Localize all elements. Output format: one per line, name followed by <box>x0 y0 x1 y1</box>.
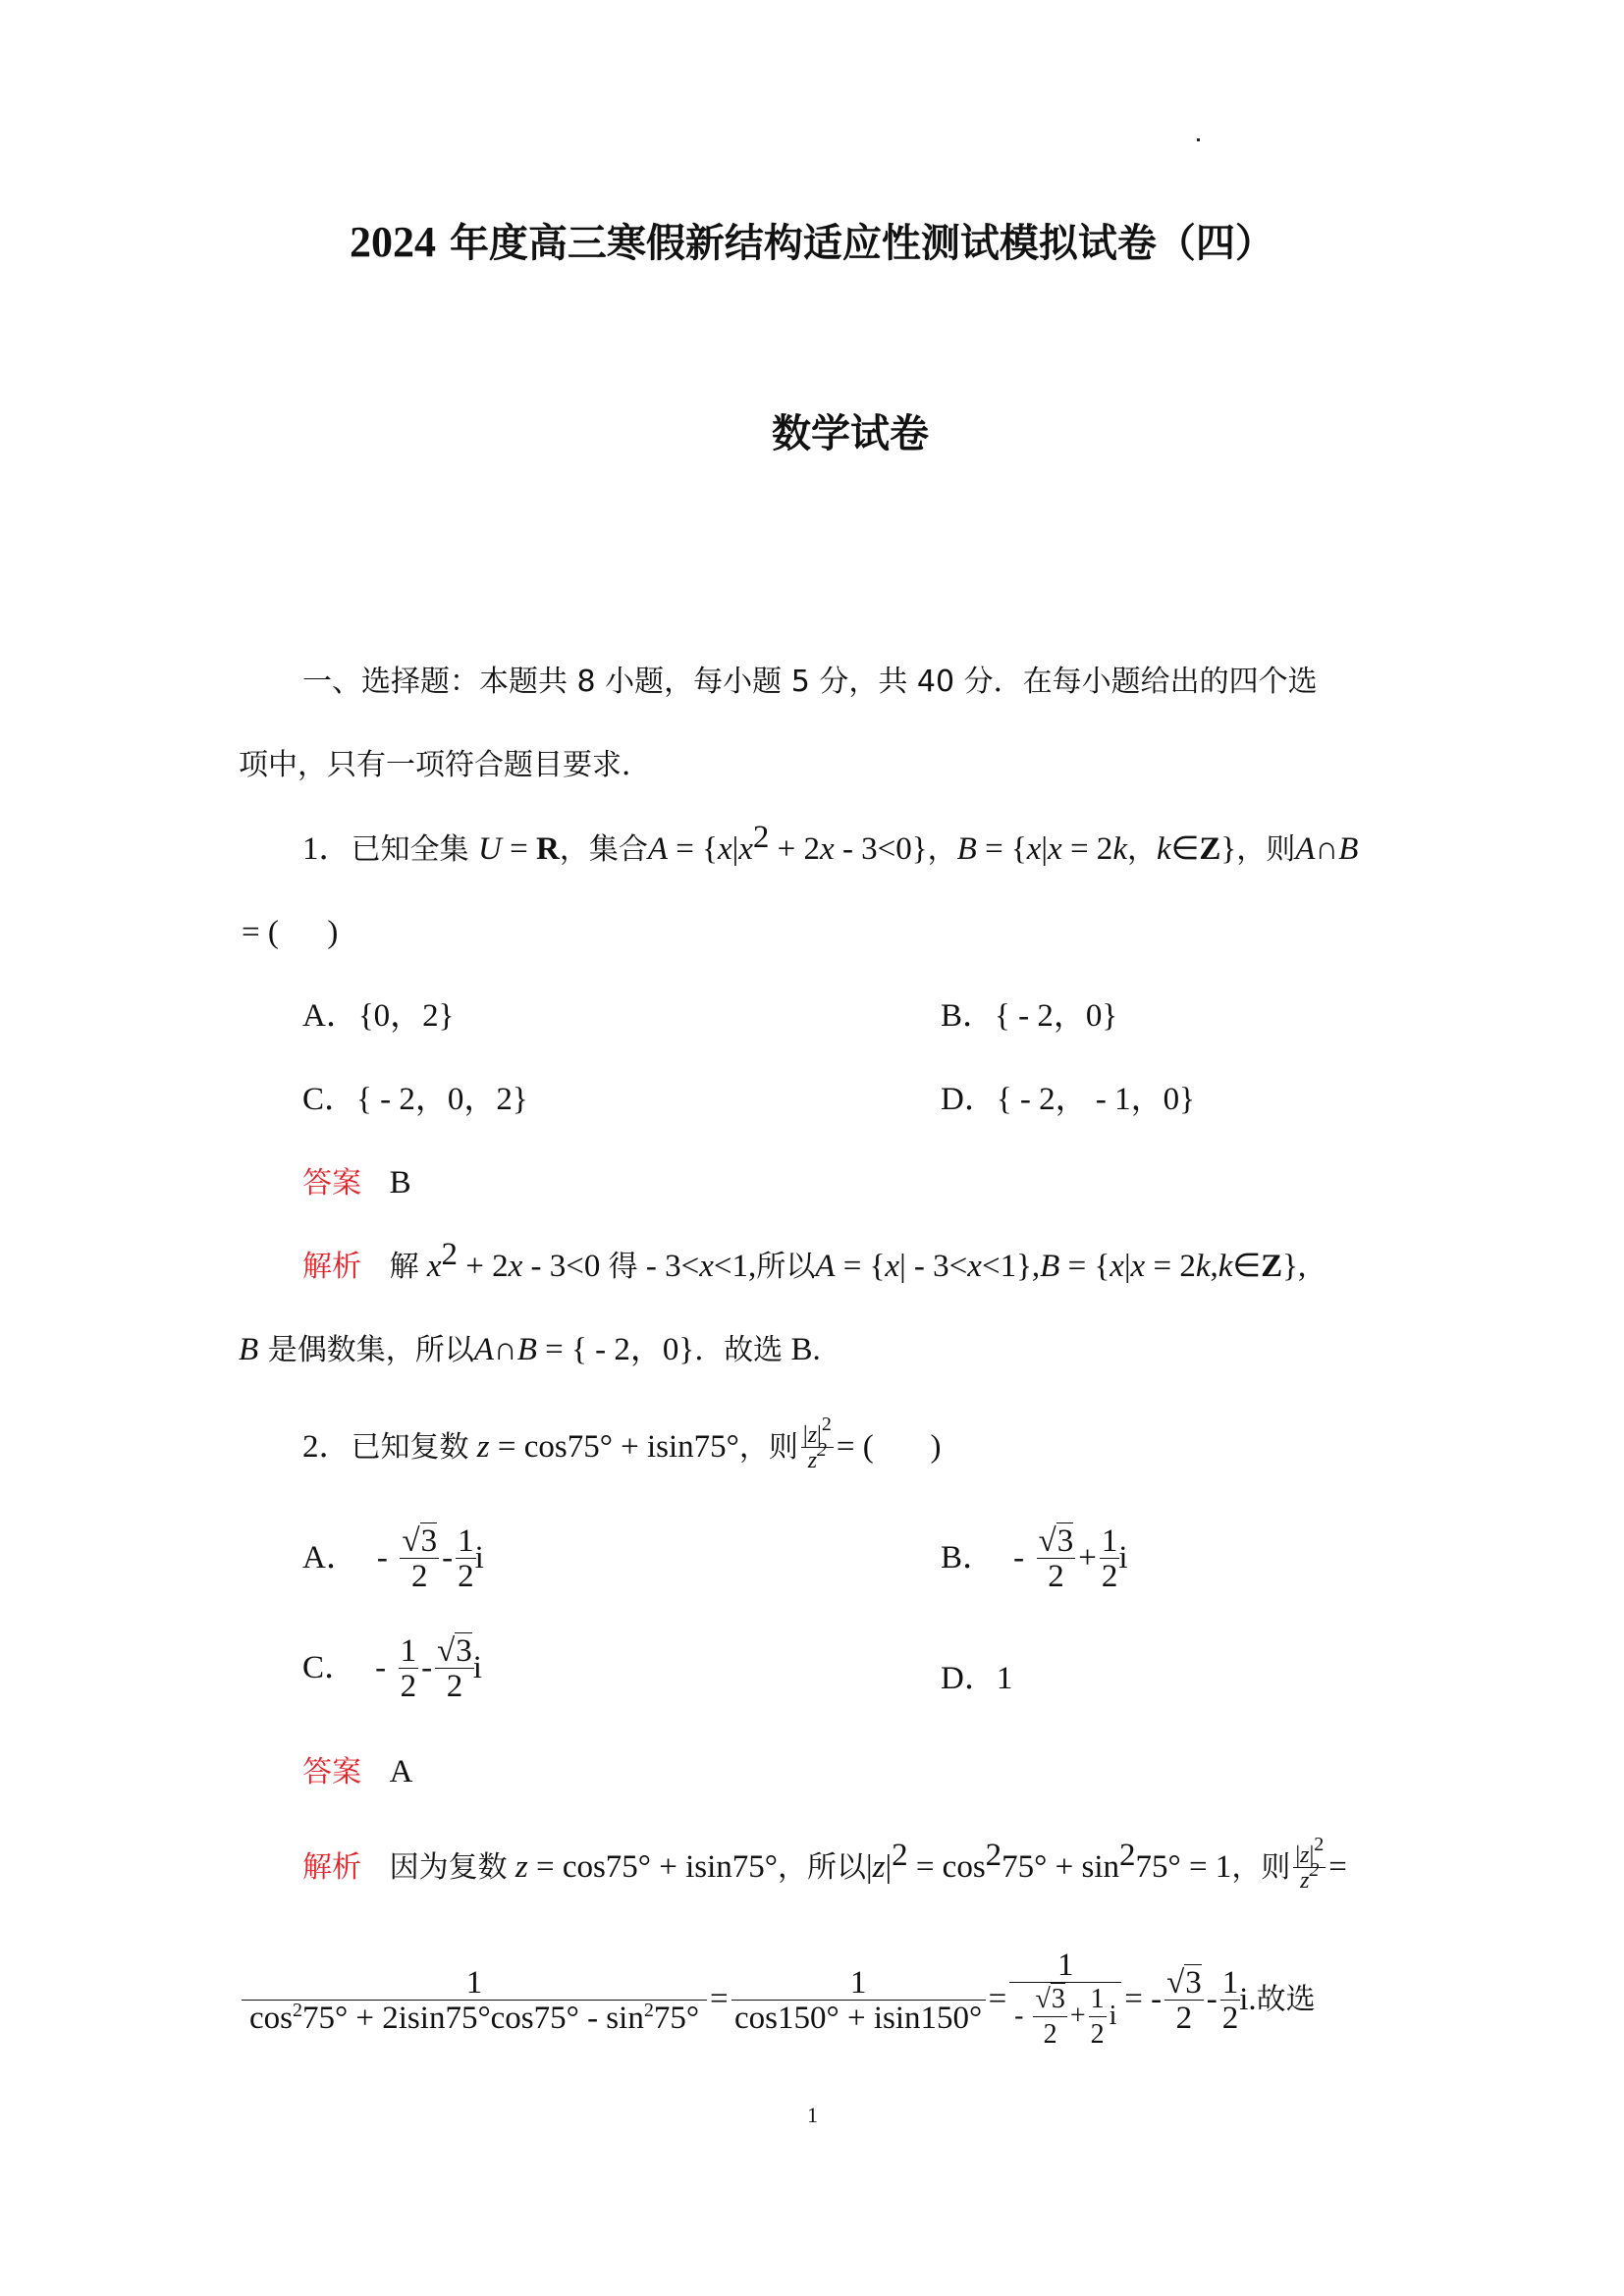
option-text: {0，2} <box>358 998 455 1034</box>
q1-option-b[interactable]: B．{ - 2，0} <box>941 996 1117 1037</box>
q1-answer: 答案 B <box>302 1163 411 1203</box>
section-instructions-line1: 一、选择题：本题共 8 小题，每小题 5 分，共 40 分．在每小题给出的四个选 <box>302 663 1318 702</box>
section-instructions-line2: 项中，只有一项符合题目要求． <box>239 746 651 785</box>
question-1-stem: 1．已知全集 U = R，集合A = {x|x2 + 2x - 3<0}，B =… <box>302 829 1358 870</box>
option-label: D． <box>941 1082 997 1117</box>
page-number: 1 <box>807 2103 818 2128</box>
q2-option-d[interactable]: D．1 <box>941 1659 1012 1699</box>
title-text: 年度高三寒假新结构适应性测试模拟试卷（四） <box>450 221 1274 266</box>
page-title: 2024 年度高三寒假新结构适应性测试模拟试卷（四） <box>350 212 1274 268</box>
option-label: A． <box>302 1540 358 1575</box>
option-text: 1 <box>997 1661 1013 1696</box>
q2-analysis-line2: 1cos275° + 2isin75°cos75° - sin275°=1cos… <box>239 1949 1316 2053</box>
q1-analysis-line1: 解析 解 x2 + 2x - 3<0 得 - 3<x<1,所以A = {x| -… <box>302 1247 1306 1287</box>
stray-mark <box>1197 138 1200 141</box>
option-text: { - 2， - 1，0} <box>997 1082 1195 1117</box>
q1-option-d[interactable]: D．{ - 2， - 1，0} <box>941 1080 1195 1120</box>
question-2-stem: 2．已知复数 z = cos75° + isin75°，则|z|2z2= ( ) <box>302 1423 941 1473</box>
answer-label: 答案 <box>302 1755 361 1789</box>
option-label: B． <box>941 1540 995 1575</box>
option-label: A． <box>302 998 358 1034</box>
option-text: { - 2，0} <box>995 998 1117 1034</box>
title-year: 2024 <box>350 218 436 266</box>
option-text: { - 2，0，2} <box>356 1082 528 1117</box>
analysis-label: 解析 <box>302 1850 361 1885</box>
q2-option-b[interactable]: B． - √32+12i <box>941 1524 1128 1594</box>
q1-option-c[interactable]: C．{ - 2，0，2} <box>302 1080 528 1120</box>
option-label: D． <box>941 1661 997 1696</box>
question-number: 1． <box>302 831 352 867</box>
option-label: B． <box>941 998 995 1034</box>
q2-option-a[interactable]: A． - √32-12i <box>302 1524 484 1594</box>
option-label: C． <box>302 1650 356 1685</box>
analysis-label: 解析 <box>302 1250 361 1284</box>
answer-value: A <box>390 1754 413 1789</box>
stem-prefix: 已知全集 <box>352 832 469 867</box>
answer-value: B <box>390 1165 411 1201</box>
answer-label: 答案 <box>302 1166 361 1201</box>
question-1-stem-cont: = ( ) <box>242 913 338 953</box>
q2-option-c[interactable]: C． - 12-√32i <box>302 1634 482 1704</box>
question-number: 2． <box>302 1429 352 1465</box>
q2-analysis-line1: 解析 因为复数 z = cos75° + isin75°，所以|z|2 = co… <box>302 1843 1347 1894</box>
option-label: C． <box>302 1082 356 1117</box>
q1-analysis-line2: B 是偶数集，所以A∩B = { - 2，0}．故选 B. <box>239 1330 821 1370</box>
q2-answer: 答案 A <box>302 1752 412 1792</box>
q1-option-a[interactable]: A．{0，2} <box>302 996 455 1037</box>
page-subtitle: 数学试卷 <box>772 402 929 458</box>
